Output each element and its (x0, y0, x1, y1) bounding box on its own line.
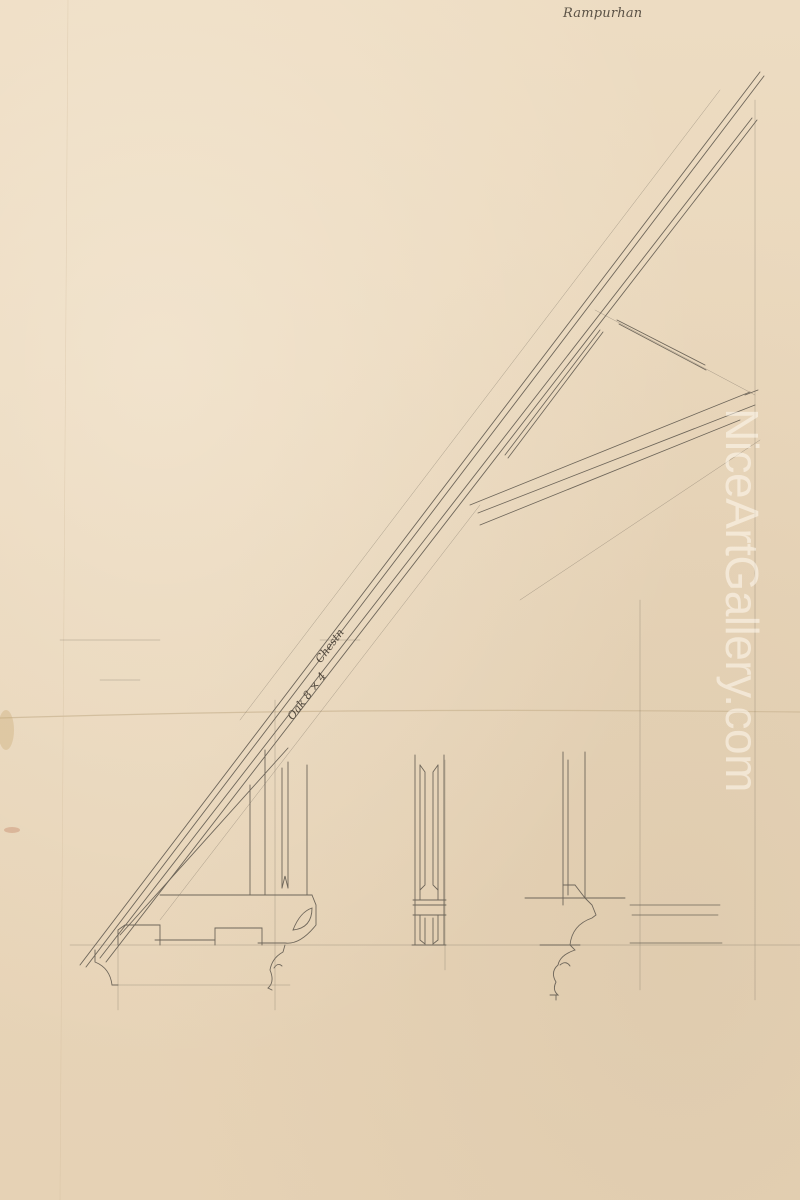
wall-plate-right (630, 905, 722, 943)
post-right-corbel (525, 752, 625, 1000)
watermark: NiceArtGallery.com (712, 400, 772, 800)
paper-stains (0, 710, 20, 833)
wall-post-left (250, 750, 307, 895)
watermark-text: NiceArtGallery.com (715, 408, 769, 792)
post-middle (412, 755, 446, 945)
construction-lines (60, 90, 800, 1010)
drawing-sheet: Rampurhan Oak 8 × 4 Chestn NiceArtGaller… (0, 0, 800, 1200)
paper-folds (0, 0, 800, 1200)
title-annotation: Rampurhan (563, 6, 642, 21)
wall-plate-left (95, 895, 316, 990)
architectural-sketch (0, 0, 800, 1200)
main-rafter (80, 72, 764, 967)
